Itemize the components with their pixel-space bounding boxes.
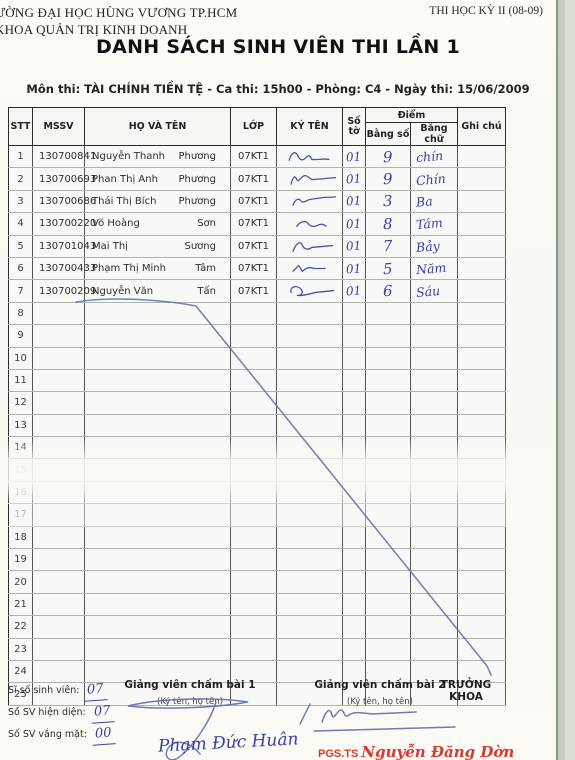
notes-cell [458,549,506,571]
student-name-cell [85,325,231,347]
signature-cell [277,526,343,548]
score-words-handwritten: Chín [415,170,446,188]
sheet-count-cell [343,414,366,436]
score-words-cell [411,638,458,660]
score-numeric-cell: 6 [366,280,411,302]
sheet-count-handwritten: 01 [346,284,362,299]
score-numeric-cell: 7 [366,235,411,257]
notes-cell [458,168,506,190]
class-code [231,593,277,615]
signature-cell [277,571,343,593]
row-number: 11 [9,369,33,391]
score-words-cell: chín [411,146,458,168]
student-id [33,616,85,638]
score-numeric-cell: 9 [366,146,411,168]
given-name: Phương [178,174,216,185]
col-header-diem: Điểm [366,108,458,123]
signature-cell [277,392,343,414]
row-number: 9 [9,325,33,347]
student-id: 130700209 [33,280,85,302]
col-header-soto: Số tờ [343,108,366,146]
student-id [33,504,85,526]
student-id [33,549,85,571]
sheet-count-cell [343,549,366,571]
score-numeric-cell [366,504,411,526]
notes-cell [458,638,506,660]
family-middle-name: Thái Thị Bích [92,196,156,207]
student-name-cell: Nguyễn Văn Tấn [85,280,231,302]
sheet-count-handwritten: 01 [346,239,362,254]
score-numeric-cell: 8 [366,213,411,235]
student-id [33,526,85,548]
row-number: 5 [9,235,33,257]
col-header-bangso: Bằng số [366,123,411,146]
signature-cell [277,593,343,615]
scan-watermark-haze [0,438,575,504]
page-title: DANH SÁCH SINH VIÊN THI LẦN 1 [0,36,556,58]
student-name-cell [85,638,231,660]
class-code [231,526,277,548]
signature-cell [277,168,343,190]
dean-title: TRƯỞNG KHOA [425,679,507,703]
absent-students-value: 00 [91,722,115,746]
student-id: 130700841 [33,146,85,168]
col-header-kyten: KÝ TÊN [277,108,343,146]
table-row: 21 [9,593,506,615]
sheet-count-cell [343,369,366,391]
student-name-cell: Mai Thị Sương [85,235,231,257]
sheet-count-cell [343,504,366,526]
score-words-cell: Ba [411,190,458,212]
sheet-count-cell: 01 [343,190,366,212]
dean-stamp-name: Nguyễn Đăng Dờn [361,743,514,760]
row-number: 21 [9,593,33,615]
signature-cell [277,616,343,638]
score-words-cell [411,504,458,526]
signature-scribble [281,171,339,188]
table-row: 3 130700686 Thái Thị Bích Phương 07KT1 0… [9,190,506,212]
score-numeric-handwritten: 9 [383,170,393,188]
sheet-count-cell: 01 [343,280,366,302]
student-id [33,571,85,593]
score-words-cell [411,616,458,638]
family-middle-name: Phạm Thị Minh [92,263,166,274]
student-id: 130700220 [33,213,85,235]
score-numeric-cell [366,414,411,436]
sheet-count-cell: 01 [343,146,366,168]
student-id: 130700433 [33,257,85,279]
table-row: 11 [9,369,506,391]
student-name-cell [85,571,231,593]
score-words-cell [411,347,458,369]
class-code: 07KT1 [231,280,277,302]
col-header-stt: STT [9,108,33,146]
table-row: 13 [9,414,506,436]
sheet-count-handwritten: 01 [346,149,362,164]
table-row: 8 [9,302,506,324]
row-number: 13 [9,414,33,436]
student-name-cell [85,347,231,369]
signature-cell [277,213,343,235]
score-numeric-handwritten: 3 [383,192,393,210]
class-code [231,616,277,638]
notes-cell [458,213,506,235]
student-id [33,593,85,615]
table-row: 1 130700841 Nguyễn Thanh Phương 07KT1 01… [9,146,506,168]
student-id: 130700693 [33,168,85,190]
score-words-cell: Bảy [411,235,458,257]
notes-cell [458,571,506,593]
family-middle-name: Nguyễn Thanh [92,151,165,162]
table-row: 5 130701043 Mai Thị Sương 07KT1 01 7 Bảy [9,235,506,257]
table-row: 22 [9,616,506,638]
score-words-handwritten: Sáu [415,283,440,300]
row-number: 3 [9,190,33,212]
class-code [231,571,277,593]
score-words-cell [411,369,458,391]
score-numeric-handwritten: 5 [383,259,393,277]
class-code [231,392,277,414]
sheet-count-cell [343,638,366,660]
score-numeric-cell [366,616,411,638]
student-id [33,325,85,347]
sheet-count-handwritten: 01 [346,261,362,276]
score-words-cell [411,549,458,571]
sheet-count-cell [343,616,366,638]
score-words-cell [411,593,458,615]
student-id [33,392,85,414]
sheet-count-cell: 01 [343,168,366,190]
row-number: 17 [9,504,33,526]
sheet-count-cell: 01 [343,257,366,279]
table-row: 4 130700220 Võ Hoàng Sơn 07KT1 01 8 Tám [9,213,506,235]
signature-cell [277,638,343,660]
table-row: 7 130700209 Nguyễn Văn Tấn 07KT1 01 6 Sá… [9,280,506,302]
score-words-handwritten: Năm [415,260,446,278]
sheet-count-cell [343,526,366,548]
table-row: 17 [9,504,506,526]
notes-cell [458,414,506,436]
row-number: 19 [9,549,33,571]
table-row: 9 [9,325,506,347]
score-words-cell [411,526,458,548]
signature-scribble [281,283,339,300]
signature-cell [277,325,343,347]
student-id [33,302,85,324]
col-header-name: HỌ VÀ TÊN [85,108,231,146]
sheet-count-cell [343,347,366,369]
student-name-cell [85,504,231,526]
score-numeric-cell [366,638,411,660]
family-middle-name: Võ Hoàng [92,218,140,229]
signature-cell [277,414,343,436]
score-numeric-cell [366,571,411,593]
present-students-label: Số SV hiện diện: [8,707,86,718]
given-name: Tấn [197,286,216,297]
signature-scribble [281,260,339,277]
student-name-cell [85,593,231,615]
student-id [33,369,85,391]
table-row: 10 [9,347,506,369]
sheet-count-handwritten: 01 [346,194,362,209]
signature-cell [277,504,343,526]
student-name-cell: Thái Thị Bích Phương [85,190,231,212]
student-id: 130701043 [33,235,85,257]
student-id [33,638,85,660]
class-code: 07KT1 [231,213,277,235]
sheet-count-handwritten: 01 [346,216,362,231]
row-number: 6 [9,257,33,279]
sheet-count-cell [343,325,366,347]
class-code: 07KT1 [231,235,277,257]
notes-cell [458,526,506,548]
score-numeric-handwritten: 6 [383,282,393,300]
given-name: Tâm [195,263,216,274]
score-numeric-handwritten: 7 [383,237,393,255]
score-words-cell: Năm [411,257,458,279]
notes-cell [458,616,506,638]
score-words-handwritten: chín [415,148,443,165]
sheet-count-cell [343,593,366,615]
grader1-sign-note: (Ký tên, họ tên) [105,697,275,707]
score-numeric-cell [366,302,411,324]
signature-cell [277,369,343,391]
score-words-cell [411,414,458,436]
notes-cell [458,235,506,257]
absent-students-row: Số SV vắng mặt: 00 [8,723,115,745]
sheet-count-cell [343,571,366,593]
signature-cell [277,235,343,257]
class-code: 07KT1 [231,257,277,279]
score-words-handwritten: Bảy [415,238,440,255]
university-name: ƯỜNG ĐẠI HỌC HÙNG VƯƠNG TP.HCM [0,4,237,21]
semester-label: THI HỌC KỲ II (08-09) [429,5,543,17]
notes-cell [458,347,506,369]
class-code: 07KT1 [231,168,277,190]
signature-scribble [281,238,339,255]
notes-cell [458,190,506,212]
student-name-cell: Nguyễn Thanh Phương [85,146,231,168]
family-middle-name: Mai Thị [92,241,128,252]
notes-cell [458,392,506,414]
score-numeric-cell [366,325,411,347]
signature-cell [277,347,343,369]
row-number: 12 [9,392,33,414]
scanned-exam-roster-page: ƯỜNG ĐẠI HỌC HÙNG VƯƠNG TP.HCM KHOA QUẢN… [0,0,575,760]
student-name-cell [85,616,231,638]
student-name-cell [85,414,231,436]
student-name-cell [85,369,231,391]
score-words-cell: Tám [411,213,458,235]
student-id [33,347,85,369]
score-words-handwritten: Ba [415,193,433,209]
notes-cell [458,504,506,526]
table-row: 23 [9,638,506,660]
student-name-cell: Phạm Thị Minh Tâm [85,257,231,279]
student-name-cell: Võ Hoàng Sơn [85,213,231,235]
class-code: 07KT1 [231,146,277,168]
score-numeric-handwritten: 8 [383,215,393,233]
attendance-counts: Sĩ số sinh viên: 07 Số SV hiện diện: 07 … [8,679,115,745]
notes-cell [458,325,506,347]
class-code [231,638,277,660]
score-words-cell [411,571,458,593]
student-id: 130700686 [33,190,85,212]
notes-cell [458,146,506,168]
dean-stamp-text: PGS.TS Nguyễn Đăng Dờn [318,742,514,760]
class-code [231,504,277,526]
notes-cell [458,257,506,279]
signature-scribble [281,148,339,165]
notes-cell [458,280,506,302]
present-students-row: Số SV hiện diện: 07 [8,701,115,723]
score-numeric-cell [366,549,411,571]
score-words-cell: Chín [411,168,458,190]
notes-cell [458,302,506,324]
class-code: 07KT1 [231,190,277,212]
student-name-cell [85,526,231,548]
family-middle-name: Nguyễn Văn [92,286,153,297]
student-name-cell [85,302,231,324]
class-code [231,325,277,347]
given-name: Phương [178,196,216,207]
row-number: 4 [9,213,33,235]
row-number: 1 [9,146,33,168]
score-words-cell [411,392,458,414]
class-code [231,414,277,436]
signature-scribble [281,193,339,210]
student-name-cell [85,549,231,571]
student-name-cell [85,392,231,414]
row-number: 23 [9,638,33,660]
score-words-cell: Sáu [411,280,458,302]
grader1-title: Giảng viên chấm bài 1 [105,679,275,691]
row-number: 7 [9,280,33,302]
family-middle-name: Phan Thị Anh [92,174,158,185]
class-code [231,369,277,391]
col-header-mssv: MSSV [33,108,85,146]
scanner-edge-band [556,0,575,760]
table-row: 20 [9,571,506,593]
score-numeric-cell: 3 [366,190,411,212]
table-row: 2 130700693 Phan Thị Anh Phương 07KT1 01… [9,168,506,190]
signature-cell [277,190,343,212]
grader1-block: Giảng viên chấm bài 1 (Ký tên, họ tên) [105,679,275,707]
given-name: Sơn [197,218,216,229]
absent-students-label: Số SV vắng mặt: [8,729,87,740]
score-numeric-cell [366,526,411,548]
dean-stamp-prefix: PGS.TS [318,748,361,760]
row-number: 10 [9,347,33,369]
school-header: ƯỜNG ĐẠI HỌC HÙNG VƯƠNG TP.HCM KHOA QUẢN… [0,4,237,38]
given-name: Sương [185,241,217,252]
class-code [231,347,277,369]
sheet-count-handwritten: 01 [346,172,362,187]
student-id [33,414,85,436]
table-row: 6 130700433 Phạm Thị Minh Tâm 07KT1 01 5… [9,257,506,279]
score-numeric-handwritten: 9 [383,147,393,165]
score-numeric-cell: 9 [366,168,411,190]
row-number: 20 [9,571,33,593]
row-number: 22 [9,616,33,638]
total-students-label: Sĩ số sinh viên: [8,685,79,696]
row-number: 2 [9,168,33,190]
signature-scribble [281,215,339,232]
signature-cell [277,549,343,571]
student-roster-table: STT MSSV HỌ VÀ TÊN LỚP KÝ TÊN Số tờ Điểm… [8,107,506,706]
score-numeric-cell [366,347,411,369]
signature-cell [277,146,343,168]
notes-cell [458,369,506,391]
signature-cell [277,257,343,279]
score-numeric-cell [366,369,411,391]
sheet-count-cell [343,302,366,324]
col-header-ghichu: Ghi chú [458,108,506,146]
col-header-lop: LỚP [231,108,277,146]
class-code [231,302,277,324]
score-numeric-cell [366,392,411,414]
score-words-handwritten: Tám [415,215,443,232]
sheet-count-cell: 01 [343,213,366,235]
signature-cell [277,302,343,324]
student-name-cell: Phan Thị Anh Phương [85,168,231,190]
score-words-cell [411,302,458,324]
sheet-count-cell [343,392,366,414]
exam-info-line: Môn thi: TÀI CHÍNH TIỀN TỆ - Ca thi: 15h… [0,82,556,96]
score-numeric-cell [366,593,411,615]
class-code [231,549,277,571]
table-row: 12 [9,392,506,414]
table-row: 19 [9,549,506,571]
row-number: 8 [9,302,33,324]
col-header-bangchu: Bằng chữ [411,123,458,146]
table-row: 18 [9,526,506,548]
sheet-count-cell: 01 [343,235,366,257]
given-name: Phương [178,151,216,162]
notes-cell [458,593,506,615]
total-students-row: Sĩ số sinh viên: 07 [8,679,115,701]
score-words-cell [411,325,458,347]
score-numeric-cell: 5 [366,257,411,279]
signature-cell [277,280,343,302]
row-number: 18 [9,526,33,548]
